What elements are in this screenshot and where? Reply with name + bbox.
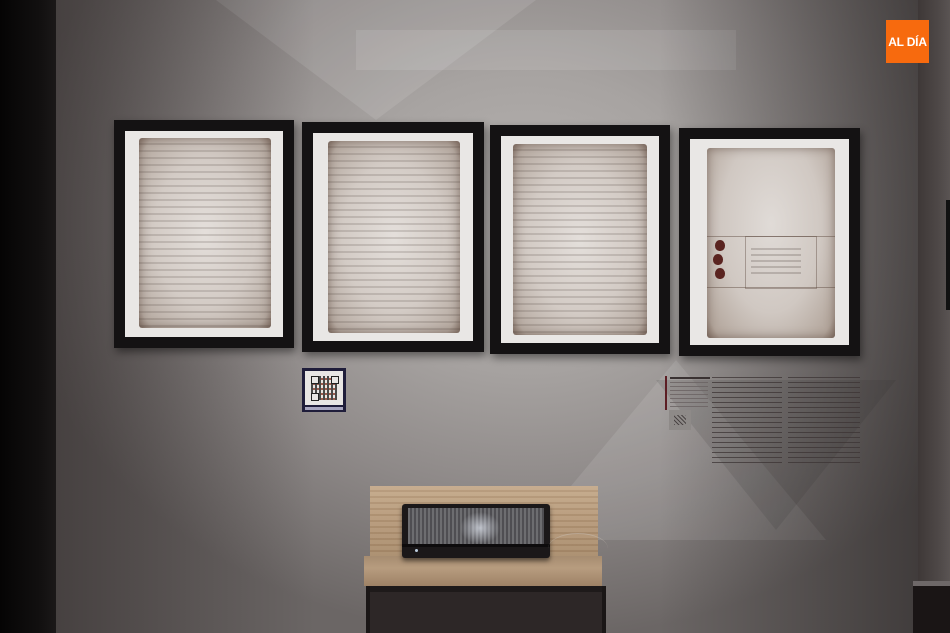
floor bbox=[913, 585, 950, 633]
stand-cabinet bbox=[366, 586, 606, 633]
qr-code-card[interactable] bbox=[302, 368, 346, 412]
mat bbox=[690, 139, 849, 345]
mat bbox=[125, 131, 283, 337]
wax-seal bbox=[715, 268, 725, 279]
manuscript-page bbox=[139, 138, 271, 328]
exhibit-label bbox=[665, 376, 711, 410]
framed-manuscript-1 bbox=[114, 120, 294, 348]
framed-manuscript-4 bbox=[679, 128, 860, 356]
logo-text: AL DÍA bbox=[888, 35, 927, 49]
tablet-indicator-light bbox=[415, 549, 418, 552]
label-accent-bar bbox=[665, 376, 667, 410]
folded-letter bbox=[707, 148, 835, 338]
museum-photo: AL DÍA bbox=[0, 0, 950, 633]
small-qr-code[interactable] bbox=[669, 410, 691, 430]
partial-frame-edge bbox=[946, 200, 950, 310]
label-text bbox=[670, 382, 708, 408]
wax-seal bbox=[715, 240, 725, 251]
label-title bbox=[670, 377, 710, 379]
framed-manuscript-2 bbox=[302, 122, 484, 352]
al-dia-logo: AL DÍA bbox=[886, 20, 929, 63]
framed-manuscript-3 bbox=[490, 125, 670, 354]
power-cable bbox=[548, 533, 608, 564]
tablet-screen[interactable] bbox=[408, 508, 544, 544]
mat bbox=[313, 133, 473, 341]
text-panel-column-1 bbox=[712, 377, 782, 465]
mat bbox=[501, 136, 659, 343]
right-wall-edge bbox=[918, 0, 950, 633]
manuscript-page bbox=[328, 141, 460, 333]
text-panel-column-2 bbox=[788, 377, 860, 463]
dark-doorway bbox=[0, 0, 58, 633]
wax-seal bbox=[713, 254, 723, 265]
tablet-device[interactable] bbox=[402, 504, 550, 558]
manuscript-page bbox=[513, 144, 647, 335]
